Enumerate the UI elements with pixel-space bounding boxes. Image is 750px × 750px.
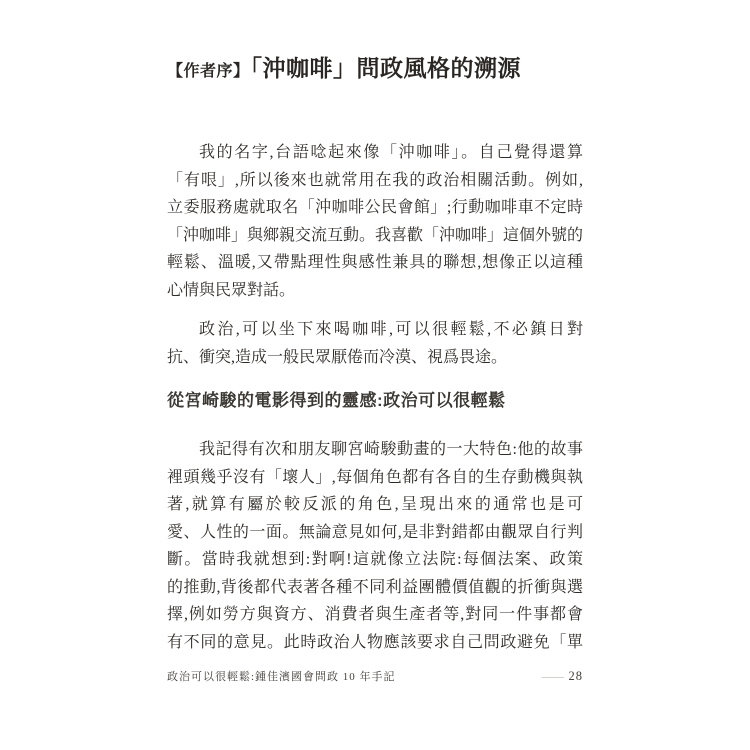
text-line: 斷。當時我就想到:對啊!這就像立法院:每個法案、政策 (167, 546, 583, 574)
text-line: 著,就算有屬於較反派的角色,呈現出來的通常也是可 (167, 491, 583, 519)
text-line: 的推動,背後都代表著各種不同利益團體價值觀的折衝與選 (167, 574, 583, 602)
text-line: 我記得有次和朋友聊宮崎駿動畫的一大特色:他的故事 (167, 436, 583, 464)
footer-page-number: 28 (569, 669, 584, 684)
title-text: 「沖咖啡」問政風格的溯源 (251, 56, 522, 81)
text-line: 有不同的意見。此時政治人物應該要求自己問政避免「單 (167, 629, 583, 657)
page-footer: 政治可以很輕鬆:鍾佳濱國會問政 10 年手記 —— 28 (167, 668, 583, 684)
text-line: 擇,例如勞方與資方、消費者與生產者等,對同一件事都會 (167, 601, 583, 629)
footer-page-indicator: —— 28 (542, 669, 584, 684)
footer-dash: —— (542, 669, 563, 684)
text-line: 裡頭幾乎沒有「壞人」,每個角色都有各自的生存動機與執 (167, 464, 583, 492)
text-line: 我的名字,台語唸起來像「沖咖啡」。自己覺得還算 (167, 139, 583, 167)
body-paragraph: 我記得有次和朋友聊宮崎駿動畫的一大特色:他的故事 裡頭幾乎沒有「壞人」,每個角色… (167, 436, 583, 656)
body-paragraph: 政治,可以坐下來喝咖啡,可以很輕鬆,不必鎮日對 抗、衝突,造成一般民眾厭倦而冷漠… (167, 316, 583, 371)
footer-book-title: 政治可以很輕鬆:鍾佳濱國會問政 10 年手記 (167, 668, 396, 684)
text-line: 心情與民眾對話。 (167, 277, 583, 305)
text-line: 「有哏」,所以後來也就常用在我的政治相關活動。例如, (167, 167, 583, 195)
title-prefix: 【作者序】 (167, 63, 250, 80)
text-line: 輕鬆、溫暖,又帶點理性與感性兼具的聯想,想像正以這種 (167, 249, 583, 277)
text-line: 抗、衝突,造成一般民眾厭倦而冷漠、視爲畏途。 (167, 344, 583, 372)
book-page: 【作者序】「沖咖啡」問政風格的溯源 我的名字,台語唸起來像「沖咖啡」。自己覺得還… (0, 0, 750, 750)
text-line: 愛、人性的一面。無論意見如何,是非對錯都由觀眾自行判 (167, 519, 583, 547)
page-content: 【作者序】「沖咖啡」問政風格的溯源 我的名字,台語唸起來像「沖咖啡」。自己覺得還… (167, 0, 583, 656)
body-paragraph: 我的名字,台語唸起來像「沖咖啡」。自己覺得還算 「有哏」,所以後來也就常用在我的… (167, 139, 583, 304)
text-line: 政治,可以坐下來喝咖啡,可以很輕鬆,不必鎮日對 (167, 316, 583, 344)
page-title: 【作者序】「沖咖啡」問政風格的溯源 (167, 53, 583, 88)
text-line: 「沖咖啡」與鄉親交流互動。我喜歡「沖咖啡」這個外號的 (167, 222, 583, 250)
text-line: 立委服務處就取名「沖咖啡公民會館」;行動咖啡車不定時 (167, 194, 583, 222)
section-heading: 從宮崎駿的電影得到的靈感:政治可以很輕鬆 (167, 387, 583, 415)
